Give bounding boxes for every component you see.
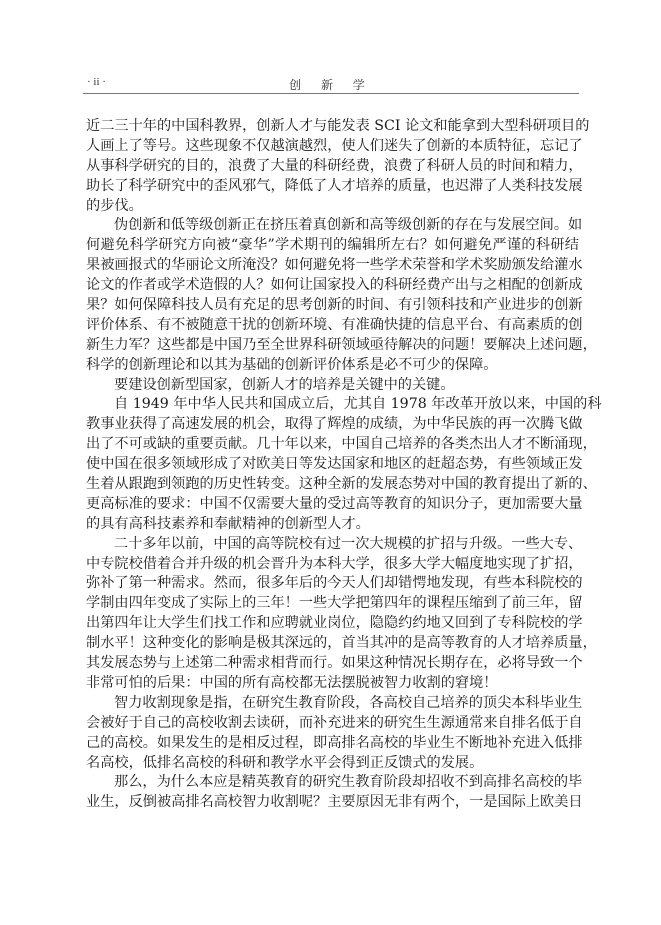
text-line: 出第四年让大学生们找工作和应聘就业岗位，隐隐约约地又回到了专科院校的学 (86, 614, 579, 634)
text-line: 非常可怕的后果：中国的所有高校都无法摆脱被智力收割的窘境！ (86, 674, 579, 694)
text-line: 的步伐。 (86, 197, 579, 217)
text-line: 从事科学研究的目的，浪费了大量的科研经费，浪费了科研人员的时间和精力， (86, 157, 579, 177)
text-line: 评价体系、有不被随意干扰的创新环境、有准确快捷的信息平台、有高素质的创 (86, 316, 579, 336)
text-line: 那么，为什么本应是精英教育的研究生教育阶段却招收不到高排名高校的毕 (86, 773, 579, 793)
text-line: 己的高校。如果发生的是相反过程，即高排名高校的毕业生不断地补充进入低排 (86, 734, 579, 754)
text-line: 二十多年以前，中国的高等院校有过一次大规模的扩招与升级。一些大专、 (86, 535, 579, 555)
text-line: 业生，反倒被高排名高校智力收割呢？主要原因无非有两个，一是国际上欧美日 (86, 793, 579, 813)
text-line: 科学的创新理论和以其为基础的创新评价体系是必不可少的保障。 (86, 356, 579, 376)
text-line: 果被画报式的华丽论文所淹没？如何避免将一些学术荣誉和学术奖励颁发给灌水 (86, 256, 579, 276)
text-line: 智力收割现象是指，在研究生教育阶段，各高校自己培养的顶尖本科毕业生 (86, 694, 579, 714)
text-line: 助长了科学研究中的歪风邪气，降低了人才培养的质量，也迟滞了人类科技发展 (86, 177, 579, 197)
text-line: 教事业获得了高速发展的机会，取得了辉煌的成绩，为中华民族的再一次腾飞做 (86, 415, 579, 435)
text-line: 论文的作者或学术造假的人？如何让国家投入的科研经费产出与之相配的创新成 (86, 276, 579, 296)
text-line: 更高标准的要求：中国不仅需要大量的受过高等教育的知识分子，更加需要大量 (86, 495, 579, 515)
text-line: 近二三十年的中国科教界，创新人才与能发表 SCI 论文和能拿到大型科研项目的 (86, 117, 579, 137)
text-line: 的具有高科技素养和奉献精神的创新型人才。 (86, 515, 579, 535)
text-line: 人画上了等号。这些现象不仅越演越烈，使人们迷失了创新的本质特征，忘记了 (86, 137, 579, 157)
text-line: 新生力军？这些都是中国乃至全世界科研领域亟待解决的问题！要解决上述问题， (86, 336, 579, 356)
text-line: 制水平！这种变化的影响是极其深远的，首当其冲的是高等教育的人才培养质量， (86, 634, 579, 654)
text-line: 要建设创新型国家，创新人才的培养是关键中的关键。 (86, 376, 579, 396)
text-line: 会被好于自己的高校收割去读研，而补充进来的研究生生源通常来自排名低于自 (86, 714, 579, 734)
text-line: 何避免科学研究方向被“豪华”学术期刊的编辑所左右？如何避免严谨的科研结 (86, 236, 579, 256)
text-line: 使中国在很多领域形成了对欧美日等发达国家和地区的赶超态势，有些领域正发 (86, 455, 579, 475)
text-line: 出了不可或缺的重要贡献。几十年以来，中国自己培养的各类杰出人才不断涌现， (86, 435, 579, 455)
page-header: · ii · 创 新 学 (83, 76, 579, 94)
text-line: 自 1949 年中华人民共和国成立后，尤其自 1978 年改革开放以来，中国的科 (86, 395, 579, 415)
text-line: 果？如何保障科技人员有充足的思考创新的时间、有引领科技和产业进步的创新 (86, 296, 579, 316)
text-line: 生着从跟跑到领跑的历史性转变。这种全新的发展态势对中国的教育提出了新的、 (86, 475, 579, 495)
running-title: 创 新 学 (83, 76, 579, 93)
text-line: 弥补了第一种需求。然而，很多年后的今天人们却错愕地发现，有些本科院校的 (86, 574, 579, 594)
text-line: 其发展态势与上述第二种需求相背而行。如果这种情况长期存在，必将导致一个 (86, 654, 579, 674)
text-line: 中专院校借着合并升级的机会晋升为本科大学，很多大学大幅度地实现了扩招， (86, 555, 579, 575)
text-line: 伪创新和低等级创新正在挤压着真创新和高等级创新的存在与发展空间。如 (86, 216, 579, 236)
text-line: 名高校，低排名高校的科研和教学水平会得到正反馈式的发展。 (86, 754, 579, 774)
body-text: 近二三十年的中国科教界，创新人才与能发表 SCI 论文和能拿到大型科研项目的人画… (86, 117, 579, 813)
header-rule (83, 93, 579, 94)
text-line: 学制由四年变成了实际上的三年！一些大学把第四年的课程压缩到了前三年，留 (86, 594, 579, 614)
